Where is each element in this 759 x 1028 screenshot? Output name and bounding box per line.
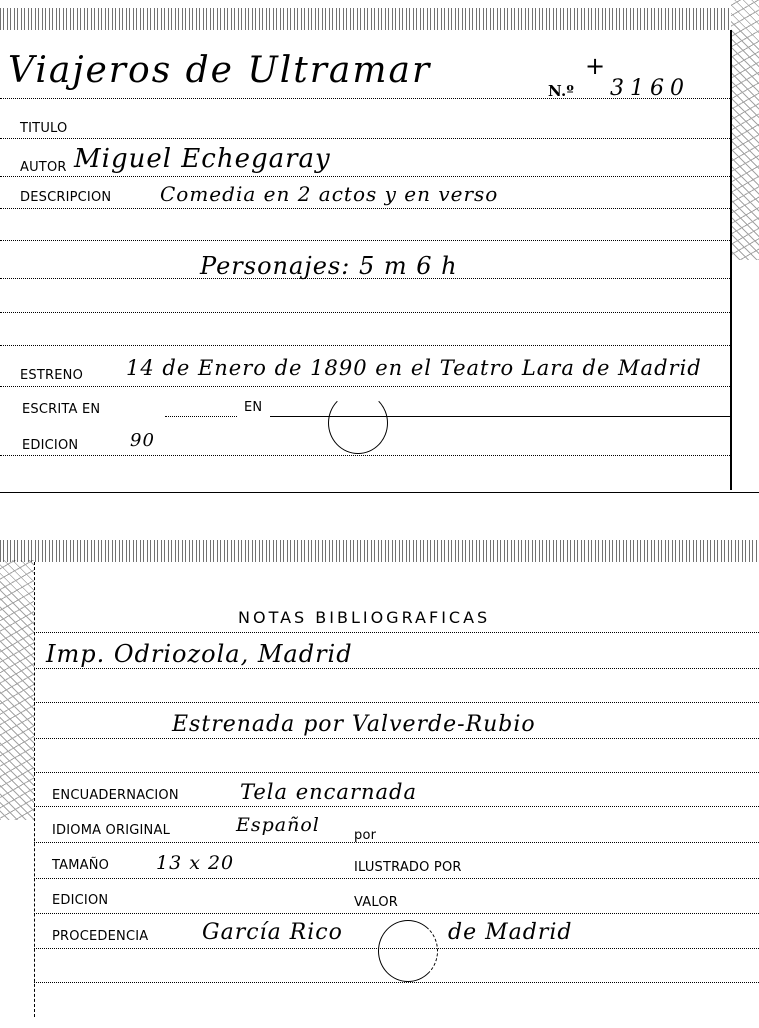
rule-blank-b3 <box>34 982 759 983</box>
rule-heading <box>34 632 759 633</box>
rule-note-1 <box>34 668 759 669</box>
rule-title <box>0 98 730 99</box>
rule-blank-b1 <box>34 702 759 703</box>
edicion-label: EDICION <box>22 438 78 453</box>
rule-titulo <box>0 138 730 139</box>
estreno-label: ESTRENO <box>20 368 83 383</box>
procedencia-label: PROCEDENCIA <box>52 929 148 944</box>
idioma-original-value: Español <box>236 814 320 836</box>
tamano-label: TAMAÑO <box>52 858 109 873</box>
en-label: EN <box>244 400 262 415</box>
rule-idioma <box>34 842 759 843</box>
library-stamp-bottom <box>378 920 438 982</box>
idioma-por-label: por <box>354 828 376 843</box>
library-stamp <box>328 392 388 454</box>
autor-value: Miguel Echegaray <box>74 144 331 174</box>
idioma-original-label: IDIOMA ORIGINAL <box>52 823 170 838</box>
scan-edge-noise-middle <box>0 540 759 562</box>
descripcion-value: Comedia en 2 actos y en verso <box>160 182 498 206</box>
scan-edge-noise-left <box>0 560 34 820</box>
scan-edge-noise-top <box>0 8 730 30</box>
edicion-b-label: EDICION <box>52 893 108 908</box>
rule-note-2 <box>34 738 759 739</box>
encuadernacion-label: ENCUADERNACION <box>52 788 179 803</box>
rule-personajes <box>0 278 730 279</box>
personajes-value: Personajes: 5 m 6 h <box>200 252 458 280</box>
rule-blank-3 <box>0 345 730 346</box>
descripcion-label: DESCRIPCION <box>20 190 111 205</box>
rule-edicion-b <box>34 913 759 914</box>
tamano-value: 13 x 20 <box>156 852 234 874</box>
rule-blank-1 <box>0 240 730 241</box>
card-divider <box>0 492 759 493</box>
autor-label: AUTOR <box>20 160 67 175</box>
edicion-value: 90 <box>130 430 155 451</box>
rule-estreno <box>0 386 730 387</box>
scan-edge-noise-right <box>731 0 759 260</box>
ilustrado-por-label: ILUSTRADO POR <box>354 860 462 875</box>
note-line-1: Imp. Odriozola, Madrid <box>46 640 353 668</box>
escrita-en-blank <box>165 416 237 417</box>
procedencia-value: García Rico <box>202 920 343 945</box>
rule-tamano <box>34 878 759 879</box>
rule-autor <box>0 176 730 177</box>
rule-descripcion <box>0 208 730 209</box>
encuadernacion-value: Tela encarnada <box>240 780 417 804</box>
note-line-2: Estrenada por Valverde-Rubio <box>172 712 536 737</box>
rule-blank-2 <box>0 312 730 313</box>
valor-label: VALOR <box>354 895 398 910</box>
escrita-en-label: ESCRITA EN <box>22 402 100 417</box>
title-handwritten: Viajeros de Ultramar <box>8 50 431 91</box>
estreno-value: 14 de Enero de 1890 en el Teatro Lara de… <box>126 356 702 380</box>
rule-edicion <box>0 455 730 456</box>
titulo-label: TITULO <box>20 121 67 136</box>
notas-heading: NOTAS BIBLIOGRAFICAS <box>238 608 490 627</box>
rule-encuadernacion <box>34 806 759 807</box>
procedencia-value-2: de Madrid <box>448 920 572 945</box>
rule-blank-b2 <box>34 772 759 773</box>
number-mark: + <box>585 52 605 80</box>
